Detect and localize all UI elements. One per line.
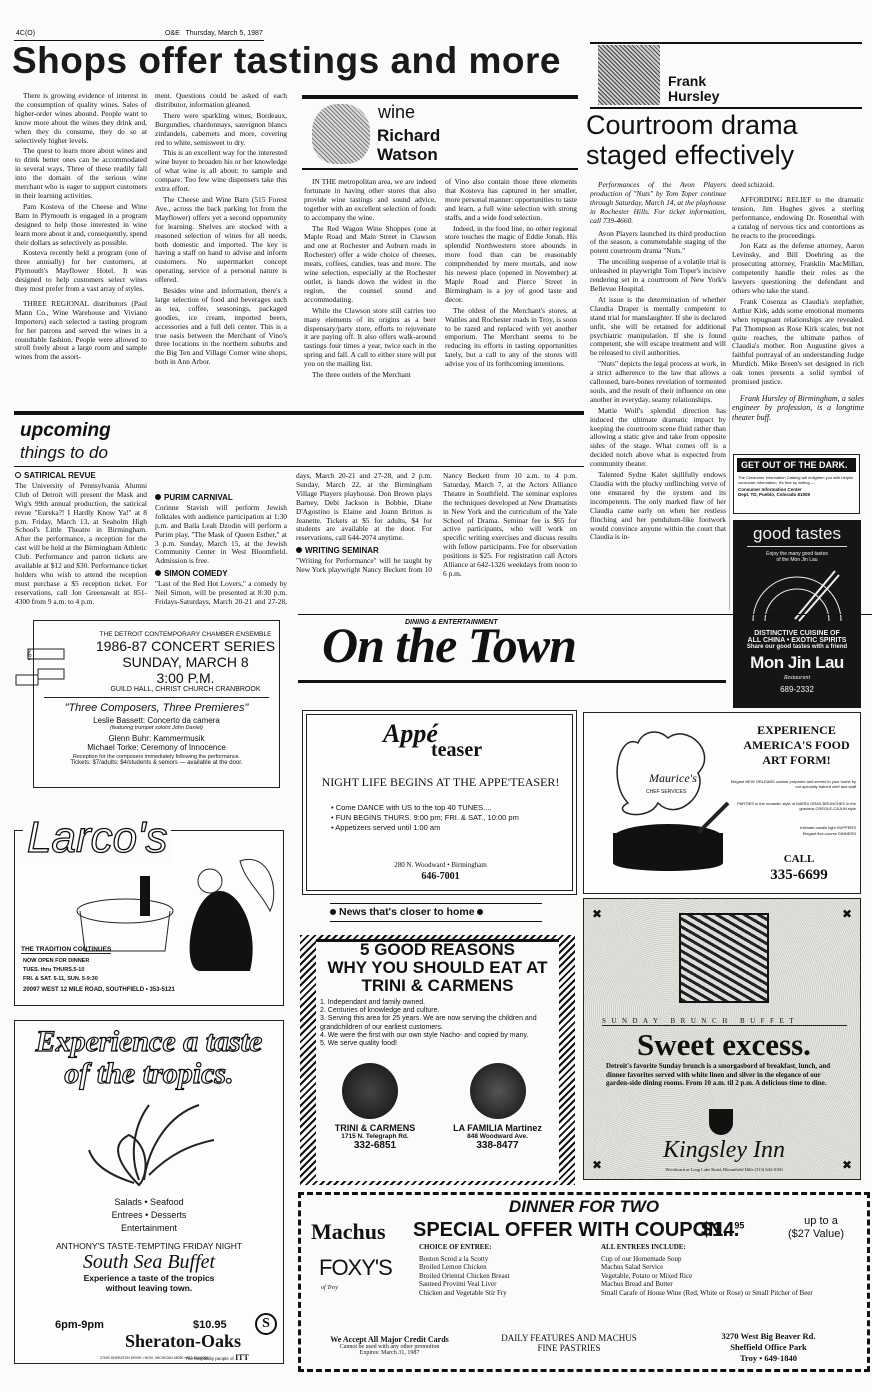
trini-reason: 4. We were the first with our own style … [320,1032,558,1040]
kingsley-kicker: SUNDAY BRUNCH BUFFET [602,1017,847,1026]
concert-series: 1986-87 CONCERT SERIES [92,638,279,654]
tropical-flower-icon [79,1095,219,1190]
trini-ad: 5 GOOD REASONS WHY YOU SHOULD EAT AT TRI… [300,935,575,1185]
upcoming-item-body: Corinne Stavish will perform Jewish folk… [155,504,287,566]
appeteaser-bullets: • Come DANCE with US to the top 40 TUNES… [331,803,561,833]
appeteaser-bullet: • FUN BEGINS THURS. 9:00 pm; FRI. & SAT.… [331,813,561,823]
wine-author-first: Richard [377,127,440,144]
upcoming-item-body: The University of Pennsylvania Alumni Cl… [15,482,147,610]
machus-addr-2: Sheffield Office Park [681,1342,856,1353]
larcos-hours-2: TUES. thru THURS.5-10 [23,967,84,973]
sheraton-menu-2: Entrees • Desserts [15,1210,283,1220]
consumer-ad-address-2: Dept. TD, Pueblo, Colorado 81009 [738,492,855,497]
concert-time: 3:00 P.M. [92,670,279,686]
maurices-logo-sub: CHEF SERVICES [644,789,688,795]
appeteaser-logo-2: teaser [431,739,482,762]
concert-work-1-note: (featuring trumpet soloist John Daniel) [34,725,279,731]
dessert-illustration [679,913,769,1003]
bullet-icon [155,570,161,576]
upcoming-continued: Nancy Beckett from 10 a.m. to 4 p.m. Sat… [443,472,577,579]
trini-photo-2 [470,1063,526,1119]
chopsticks-bowl-icon [733,563,861,625]
maurices-line-1: Elegant NEW ORLEANS cuisine prepared and… [724,779,856,789]
foxys-logo: FOXY'S [319,1255,392,1281]
larcos-hours-1: NOW OPEN FOR DINNER [23,958,89,964]
upcoming-item-body: "Writing for Performance" will be taught… [296,557,432,575]
kingsley-name: Kingsley Inn [644,1137,804,1164]
machus-price: $1495 [701,1219,744,1242]
upcoming-continued: days, March 20-21 and 27-28, and 2 p.m. … [296,472,432,543]
machus-include: Machus Bread and Butter [601,1280,861,1289]
maurices-line-4: Elegant five-course DINNERS [724,831,856,836]
trini-photo-1 [342,1063,398,1119]
larcos-tagline: THE TRADITION CONTINUES [21,946,111,954]
upcoming-item-head: WRITING SEMINAR [296,547,432,556]
appeteaser-phone: 646-7001 [303,871,578,882]
maurices-call: CALL [739,853,859,865]
corner-ornament-icon: ✖ [842,1158,852,1173]
consumer-ad-title: GET OUT OF THE DARK. [737,458,856,472]
trini-loc2-addr: 848 Woodward Ave. [435,1133,560,1140]
svg-text:𝄞: 𝄞 [26,648,32,660]
upcoming-item-head: SATIRICAL REVUE [15,472,147,481]
mjl-share: Share our good tastes with a friend [733,644,861,650]
maurices-headline-2: AMERICA'S FOOD [734,738,859,753]
wine-col-3: IN THE metropolitan area, we are indeed … [304,178,436,382]
bullet-icon [296,547,302,553]
news-closer-banner: News that's closer to home [330,906,486,918]
machus-choice: Broiled Oriental Chicken Breast [419,1272,589,1281]
page-folio: 4C(O) [16,30,35,37]
sheraton-script-2: of the tropics. [15,1059,283,1089]
wine-col-2: ment. Questions could be asked of each d… [155,92,287,369]
machus-cards: We Accept All Major Credit Cards [307,1335,472,1344]
mjl-name: Mon Jin Lau [733,653,861,673]
sheraton-hours: 6pm-9pm [55,1319,104,1331]
sheraton-logo-icon: S [255,1313,277,1335]
consumer-info-ad: GET OUT OF THE DARK. The Consumer Inform… [733,454,860,514]
theater-headline-2: staged effectively [586,140,794,170]
concert-tickets: Tickets: $7/adults; $4/students & senior… [34,760,279,766]
theater-col-2: deed schizoid. AFFORDING RELIEF to the d… [732,181,864,424]
chef-pot-illustration [588,723,738,873]
larcos-address: 20097 WEST 12 MILE ROAD, SOUTHFIELD • 35… [23,987,175,993]
corner-ornament-icon: ✖ [842,907,852,922]
mjl-title: good tastes [733,524,861,544]
concert-venue: GUILD HALL, CHRIST CHURCH CRANBROOK [92,686,279,693]
foxys-sub: of Troy [321,1285,338,1291]
trini-reason: 2. Centuries of knowledge and culture. [320,1007,558,1015]
kingsley-address: Woodward at Long Lake Road, Bloomfield H… [614,1167,834,1172]
machus-daily-1: DAILY FEATURES AND MACHUS [479,1333,659,1343]
trini-loc1-name: TRINI & CARMENS [320,1123,430,1133]
upcoming-title: upcoming [20,420,111,442]
watson-portrait [312,104,370,164]
larcos-hours-3: FRI. & SAT. 5-11, SUN. 5-9:30 [23,976,98,982]
appeteaser-logo: Appé [383,719,438,749]
sheraton-friday: ANTHONY'S TASTE-TEMPTING FRIDAY NIGHT [15,1241,283,1251]
wine-column-label: wine [378,102,415,123]
sheraton-menu-1: Salads • Seafood [15,1197,283,1207]
kingsley-ad: ✖ ✖ ✖ ✖ SUNDAY BRUNCH BUFFET Sweet exces… [583,898,861,1180]
machus-include-title: ALL ENTREES INCLUDE: [601,1243,861,1252]
sheraton-price: $10.95 [193,1319,227,1331]
concert-theme: "Three Composers, Three Premieres" [34,702,279,714]
mjl-phone: 689-2332 [733,685,861,694]
sheraton-menu-3: Entertainment [15,1223,283,1233]
corner-ornament-icon: ✖ [592,907,602,922]
trini-reason: 5. We serve quality food! [320,1040,558,1048]
theater-col-1: Performances of the Avon Players product… [590,181,726,544]
trini-headline-2: WHY YOU SHOULD EAT AT [320,959,555,977]
corner-ornament-icon: ✖ [592,1158,602,1173]
larcos-ad: Larco's THE TRADITION CONTINUES NOW OPEN… [14,830,284,1006]
theater-author-first: Frank [668,74,706,88]
upcoming-item-body: "Last of the Red Hot Lovers," a comedy b… [155,580,287,606]
sheraton-ad: Experience a taste of the tropics. Salad… [14,1020,284,1364]
sheraton-exp-2: without leaving town. [15,1283,283,1293]
upcoming-item-head: SIMON COMEDY [155,570,287,579]
appeteaser-bullet: • Appetizers served until 1:00 am [331,823,561,833]
sheraton-script-1: Experience a taste [15,1025,283,1059]
hursley-portrait [598,45,660,105]
machus-addr-3: Troy • 649-1840 [681,1353,856,1364]
concert-ad: 𝄞 THE DETROIT CONTEMPORARY CHAMBER ENSEM… [33,620,280,788]
trini-reason: 3. Serving this area for 25 years. We ar… [320,1015,558,1031]
mjl-cuisine-1: DISTINCTIVE CUISINE OF [733,630,861,637]
mjl-cuisine-2: ALL CHINA • EXOTIC SPIRITS [733,637,861,644]
sheraton-exp-1: Experience a taste of the tropics [15,1273,283,1283]
upcoming-item-head: PURIM CARNIVAL [155,494,287,503]
machus-choice-title: CHOICE OF ENTREE: [419,1243,589,1252]
trini-loc2-phone: 338-8477 [435,1140,560,1151]
machus-include: Vegetable, Potato or Mixed Rice [601,1272,861,1281]
appeteaser-address: 280 N. Woodward • Birmingham [303,861,578,869]
upcoming-col-4: Nancy Beckett from 10 a.m. to 4 p.m. Sat… [443,472,577,579]
maurices-ad: Maurice's CHEF SERVICES EXPERIENCE AMERI… [583,712,861,894]
maurices-line-3: Intimate candle light SUPPERS [724,825,856,830]
machus-brand: Machus [311,1219,386,1245]
trini-reasons: 1. Independant and family owned. 2. Cent… [320,999,558,1048]
machus-include: Machus Salad Service [601,1263,861,1272]
concert-work-1: Leslie Bassett: Concerto da camera [34,716,279,725]
trini-loc1-addr: 1715 N. Telegraph Rd. [320,1133,430,1140]
sheraton-address: 27000 SHERATON DRIVE • NOVI, MICHIGAN 48… [100,1356,208,1360]
machus-value-1: up to a [776,1215,866,1227]
machus-choice: Chicken and Vegetable Stir Fry [419,1289,589,1298]
machus-include: Cup of our Homemade Soup [601,1255,861,1264]
theater-headline-1: Courtroom drama [586,110,798,140]
machus-include: Small Carafe of House Wine (Red, White o… [601,1289,861,1298]
machus-coupon: DINNER FOR TWO Machus SPECIAL OFFER WITH… [298,1192,870,1372]
appeteaser-ad: Appé teaser NIGHT LIFE BEGINS AT THE APP… [302,710,577,895]
paper-date: O&E Thursday, March 5, 1987 [165,30,263,37]
maurices-phone: 335-6699 [739,867,859,884]
maurices-logo: Maurice's [649,771,697,786]
maurices-headline-3: ART FORM! [734,753,859,768]
machus-title: DINNER FOR TWO [301,1197,867,1217]
machus-choice: Boston Scrod a la Scotty [419,1255,589,1264]
upcoming-col-2: PURIM CARNIVAL Corinne Stavish will perf… [155,472,287,606]
wine-col-1: There is growing evidence of interest in… [15,92,147,364]
sheraton-buffet: South Sea Buffet [15,1251,283,1273]
machus-addr-1: 3270 West Big Beaver Rd. [681,1331,856,1342]
mjl-sub: Restaurant [733,675,861,681]
on-the-town-title: On the Town [322,618,576,672]
machus-choice: Broiled Lemon Chicken [419,1263,589,1272]
trini-headline-3: TRINI & CARMENS [320,977,555,995]
concert-work-3: Michael Torke: Ceremony of Innocence [34,743,279,752]
bullet-icon [155,494,161,500]
wine-col-4: of Vino also contain those three element… [445,178,577,371]
concert-work-2: Glenn Buhr: Kammermusik [34,734,279,743]
bullet-icon [477,909,483,915]
concert-date: SUNDAY, MARCH 8 [92,654,279,670]
bullet-icon [330,909,336,915]
concert-ensemble: THE DETROIT CONTEMPORARY CHAMBER ENSEMBL… [92,631,279,638]
sheraton-name: Sheraton-Oaks [125,1331,241,1352]
wine-author-last: Watson [377,146,438,163]
kingsley-headline: Sweet excess. [604,1027,844,1063]
maurices-headline-1: EXPERIENCE [734,723,859,738]
appeteaser-bullet: • Come DANCE with US to the top 40 TUNES… [331,803,561,813]
machus-value-2: ($27 Value) [766,1228,866,1240]
trini-reason: 1. Independant and family owned. [320,999,558,1007]
trini-headline-1: 5 GOOD REASONS [320,941,555,959]
consumer-ad-body: The Consumer Information Catalog will en… [738,475,855,485]
maurices-line-2: PARTIES in the romantic style of MARDI G… [724,801,856,811]
machus-offer: SPECIAL OFFER WITH COUPON... [413,1219,739,1242]
upcoming-col-3: days, March 20-21 and 27-28, and 2 p.m. … [296,472,432,575]
music-staff-icon: 𝄞 [8,641,68,701]
upcoming-subtitle: things to do [20,443,108,463]
bullet-icon [15,472,21,478]
wine-headline: Shops offer tastings and more [12,40,561,82]
appeteaser-headline: NIGHT LIFE BEGINS AT THE APPE'TEASER! [313,775,568,790]
theater-author-last: Hursley [668,89,719,103]
machus-expires: Expires: March 31, 1987 [307,1350,472,1356]
upcoming-col-1: SATIRICAL REVUE The University of Pennsy… [15,472,147,610]
machus-daily-2: FINE PASTRIES [479,1343,659,1353]
machus-choice: Sauteed Provimi Veal Liver [419,1280,589,1289]
trini-loc2-name: LA FAMILIA Martinez [435,1123,560,1133]
kingsley-body: Detroit's favorite Sunday brunch is a sm… [606,1062,842,1088]
trini-loc1-phone: 332-6851 [320,1140,430,1151]
kingsley-crest-icon [709,1109,733,1135]
